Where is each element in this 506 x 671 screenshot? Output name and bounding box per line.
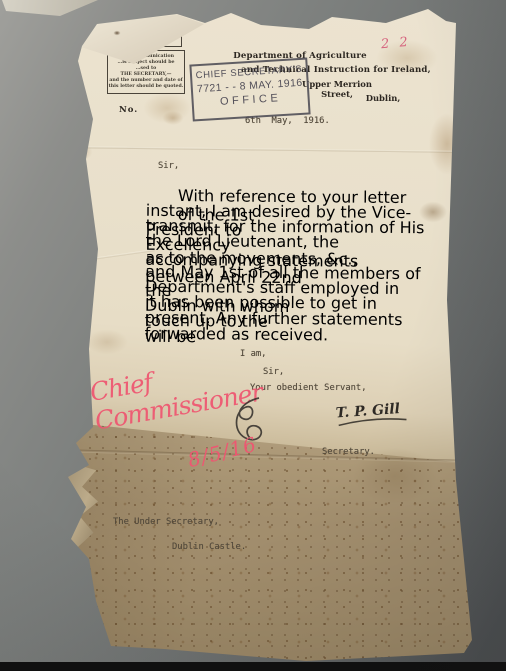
fold-crease — [55, 449, 475, 463]
letter-body: With reference to your letter of the 1st… — [146, 186, 426, 188]
torn-paper-sliver — [0, 0, 110, 20]
crumpled-edge — [60, 461, 98, 553]
photo-bottom-edge — [0, 662, 506, 671]
salutation: Sir, — [158, 161, 179, 171]
no-label: No. — [119, 105, 138, 115]
secretary-signature: T. P. Gill — [335, 401, 408, 428]
instruction-line6: this letter should be quoted. — [108, 84, 184, 90]
paper-crease — [85, 249, 155, 261]
red-folio-number: 2 2 — [380, 35, 411, 53]
secretary-title: Secretary. — [322, 447, 375, 457]
letterhead-city: Dublin, — [355, 93, 411, 103]
recipient-place: Dublin Castle. — [172, 542, 246, 552]
instruction-line5: and the number and date of — [108, 78, 184, 84]
paper-crease — [57, 146, 471, 153]
recipient-name: The Under Secretary, — [113, 517, 219, 527]
instruction-line2: …is subject should be — [108, 60, 184, 66]
red-date-annotation: 8/5/16 — [185, 432, 259, 472]
red-handwritten-annotation: Chief Commissioner — [88, 338, 325, 435]
chief-secretarys-office-stamp: CHIEF SECRETARY'S 7721 - - 8 MAY. 1916 O… — [189, 57, 310, 121]
letter-document: Department of Agriculture and Technical … — [55, 6, 475, 662]
